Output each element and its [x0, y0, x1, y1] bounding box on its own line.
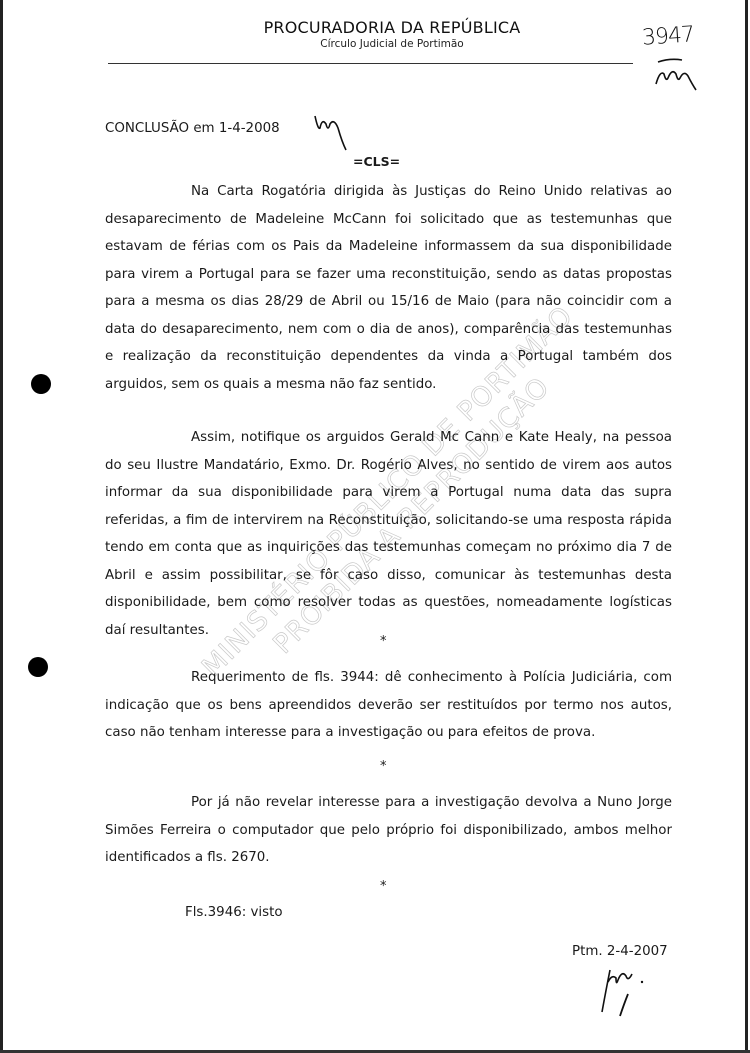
conclusion-date-line: CONCLUSÃO em 1-4-2008	[105, 121, 280, 136]
section-separator: *	[380, 634, 387, 649]
handwritten-initials-icon	[312, 112, 352, 154]
paragraph-text: Por já não revelar interesse para a inve…	[105, 795, 672, 865]
visto-note: Fls.3946: visto	[185, 905, 283, 920]
punch-hole	[28, 657, 48, 677]
header-title: PROCURADORIA DA REPÚBLICA	[0, 18, 750, 37]
handwritten-page-number: 3947	[641, 22, 695, 51]
section-separator: *	[380, 879, 387, 894]
paragraph-notificacao-arguidos: Assim, notifique os arguidos Gerald Mc C…	[105, 424, 672, 644]
paragraph-devolucao-computador: Por já não revelar interesse para a inve…	[105, 789, 672, 872]
section-separator: *	[380, 759, 387, 774]
cls-marker: =CLS=	[353, 154, 400, 169]
header-subtitle: Círculo Judicial de Portimão	[0, 38, 750, 50]
paragraph-requerimento: Requerimento de fls. 3944: dê conhecimen…	[105, 664, 672, 747]
signature-icon	[590, 960, 660, 1020]
scan-border-left	[0, 0, 3, 1053]
paragraph-carta-rogatoria: Na Carta Rogatória dirigida às Justiças …	[105, 178, 672, 398]
handwritten-initials-icon	[652, 56, 698, 94]
header-divider	[108, 63, 633, 64]
scan-border-right	[745, 0, 748, 1053]
paragraph-text: Requerimento de fls. 3944: dê conhecimen…	[105, 670, 672, 740]
place-date: Ptm. 2-4-2007	[572, 944, 668, 959]
paragraph-text: Assim, notifique os arguidos Gerald Mc C…	[105, 430, 672, 638]
punch-hole	[31, 374, 51, 394]
paragraph-text: Na Carta Rogatória dirigida às Justiças …	[105, 184, 672, 392]
